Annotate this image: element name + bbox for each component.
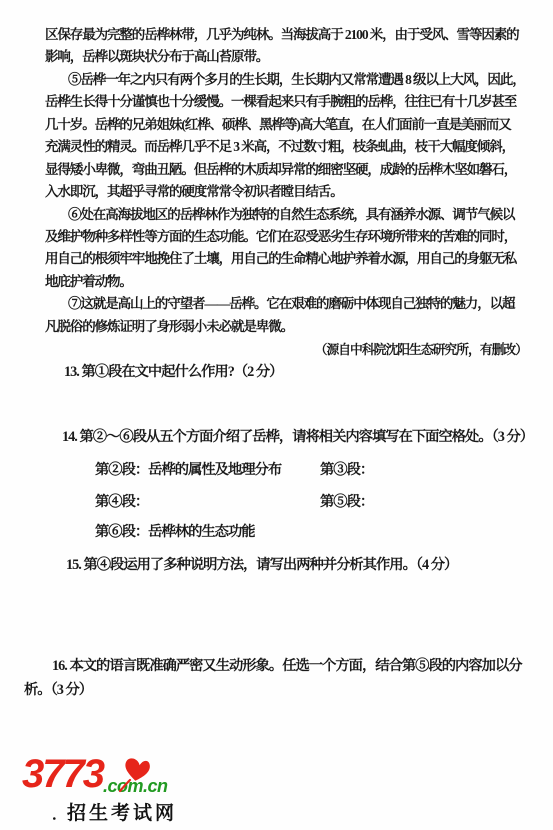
passage-line: 影响，岳桦以斑块状分布于高山苔原带。 <box>45 46 525 68</box>
passage-line: 几十岁。岳桦的兄弟姐妹(红桦、硕桦、黑桦等)高大笔直，在人们面前一直是美丽而又 <box>45 114 525 136</box>
question-16-line-2: 析。（3 分） <box>24 679 92 701</box>
logo-site-name: 招生考试网 <box>67 803 177 824</box>
question-16-line-1: 16. 本文的语言既准确严密又生动形象。任选一个方面，结合第⑤段的内容加以分 <box>52 655 522 677</box>
site-logo: 3773 .com.cn ．招生考试网 <box>16 756 246 828</box>
question-14-blanks: 第②段：岳桦的属性及地理分布 第③段： 第④段： 第⑤段： 第⑥段：岳桦林的生态… <box>95 459 525 549</box>
passage-line: 地庇护着动物。 <box>45 271 525 293</box>
blank-row: 第⑥段：岳桦林的生态功能 <box>95 521 255 543</box>
passage-line: 用自己的根须牢牢地挽住了土壤，用自己的生命精心地护养着水源，用自己的身躯无私 <box>45 248 525 270</box>
passage-line-para-7: ⑦这就是高山上的守望者——岳桦。它在艰难的磨砺中体现自己独特的魅力，以超 <box>45 293 525 315</box>
heart-balloon-icon <box>114 756 162 796</box>
logo-site-prefix: ． <box>52 807 67 823</box>
blank-label-para-6: 第⑥段：岳桦林的生态功能 <box>95 524 255 540</box>
passage-line: 充满灵性的精灵。而岳桦几乎不足 3 米高，不过数寸粗，枝条虬曲，枝干大幅度倾斜， <box>45 136 525 158</box>
passage-line: 区保存最为完整的岳桦林带，几乎为纯林。当海拔高于 2100 米，由于受风、雪等因… <box>45 24 525 46</box>
blank-row: 第④段： 第⑤段： <box>95 491 148 513</box>
question-14-stem: 14. 第②～⑥段从五个方面介绍了岳桦，请将相关内容填写在下面空格处。（3 分） <box>62 426 533 448</box>
question-13: 13. 第①段在文中起什么作用?（2 分） <box>64 361 282 383</box>
blank-label-para-3: 第③段： <box>320 459 373 481</box>
logo-site-name-row: ．招生考试网 <box>52 798 177 825</box>
blank-label-para-4: 第④段： <box>95 494 148 510</box>
passage-line: 显得矮小卑微，弯曲丑陋。但岳桦的木质却异常的细密坚硬，成龄的岳桦木坚如磐石， <box>45 159 525 181</box>
exam-page: 区保存最为完整的岳桦林带，几乎为纯林。当海拔高于 2100 米，由于受风、雪等因… <box>0 0 553 830</box>
passage-line: 凡脱俗的修炼证明了身形弱小未必就是卑微。 <box>45 316 525 338</box>
blank-row: 第②段：岳桦的属性及地理分布 第③段： <box>95 459 281 481</box>
logo-number: 3773 <box>22 756 103 792</box>
source-attribution: （源自中科院沈阳生态研究所，有删改） <box>315 340 527 360</box>
passage-line: 入水即沉，其超乎寻常的硬度常常令初识者瞠目结舌。 <box>45 181 525 203</box>
passage-line: 及维护物种多样性等方面的生态功能。它们在忍受恶劣生存环境所带来的苦难的同时， <box>45 226 525 248</box>
passage-line: 岳桦生长得十分谨慎也十分缓慢。一棵看起来只有手腕粗的岳桦，往往已有十几岁甚至 <box>45 91 525 113</box>
passage-line-para-5: ⑤岳桦一年之内只有两个多月的生长期，生长期内又常常遭遇 8 级以上大风，因此， <box>45 69 525 91</box>
passage-line-para-6: ⑥处在高海拔地区的岳桦林作为独特的自然生态系统，具有涵养水源、调节气候以 <box>45 204 525 226</box>
blank-label-para-2: 第②段：岳桦的属性及地理分布 <box>95 462 281 478</box>
question-15: 15. 第④段运用了多种说明方法，请写出两种并分析其作用。（4 分） <box>66 554 457 576</box>
passage: 区保存最为完整的岳桦林带，几乎为纯林。当海拔高于 2100 米，由于受风、雪等因… <box>45 24 525 338</box>
blank-label-para-5: 第⑤段： <box>320 491 373 513</box>
